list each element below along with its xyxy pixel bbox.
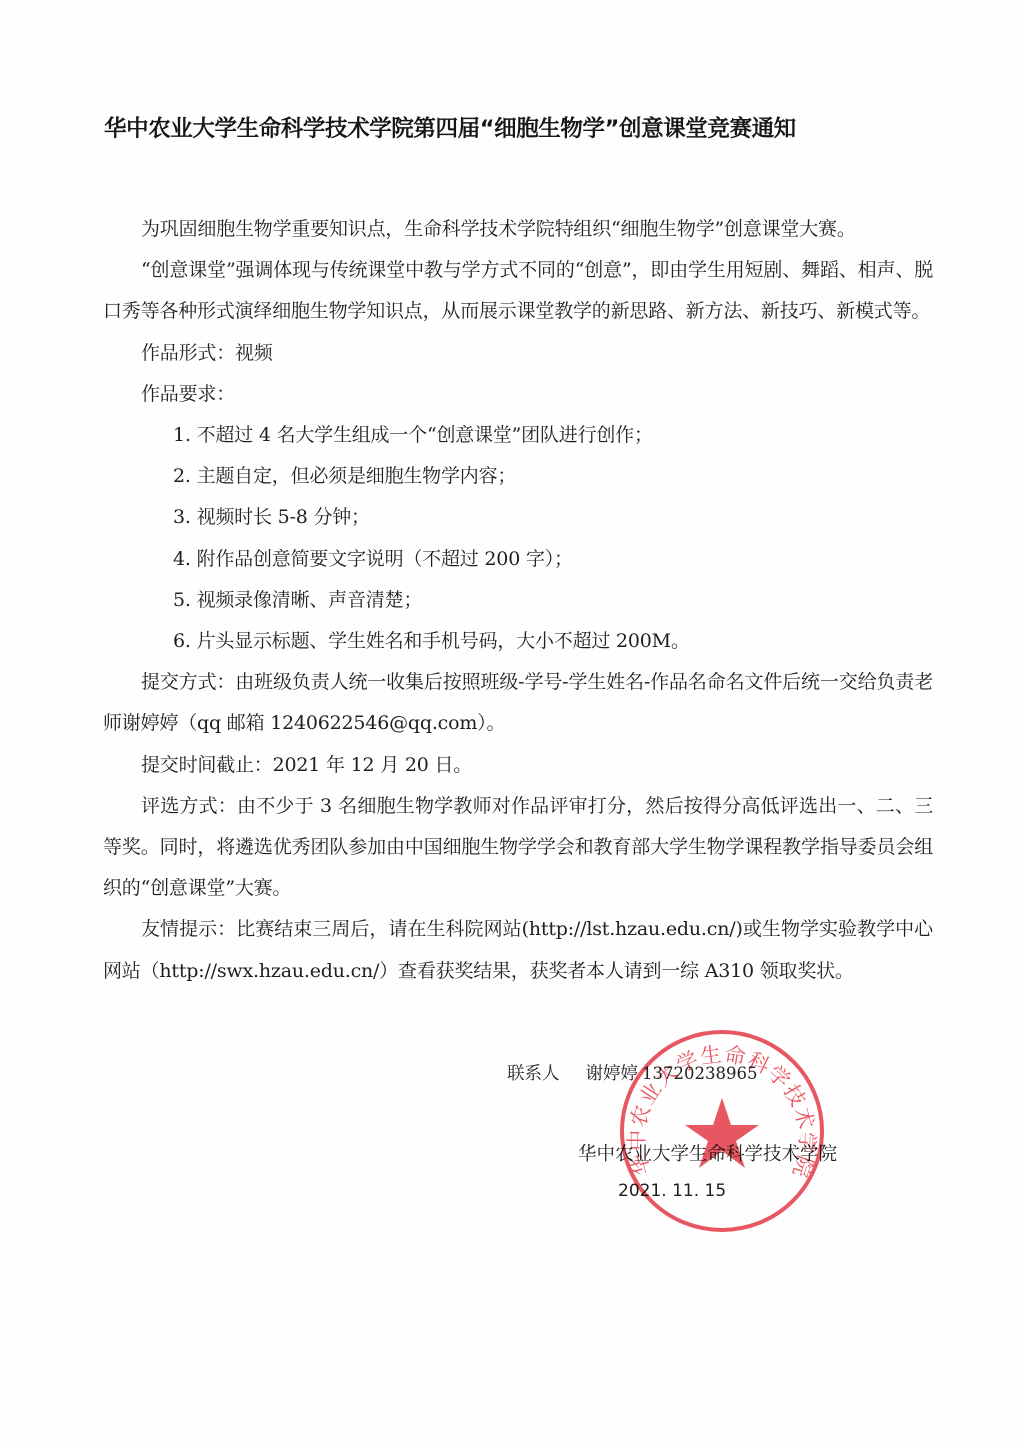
page-title: 华中农业大学生命科学技术学院第四届“细胞生物学”创意课堂竞赛通知 [104,112,944,146]
contact-label: 联系人 [507,1064,560,1084]
submission-deadline: 提交时间截止：2021 年 12 月 20 日。 [103,745,933,786]
list-number: 6. [173,621,191,662]
contact-line: 联系人谢婷婷13720238965 [507,1060,757,1085]
issue-date: 2021. 11. 15 [618,1181,726,1201]
submission-method: 提交方式：由班级负责人统一收集后按照班级-学号-学生姓名-作品名命名文件后统一交… [103,662,933,744]
list-text: 片头显示标题、学生姓名和手机号码，大小不超过 200M。 [197,630,690,652]
format-line: 作品形式：视频 [103,333,933,374]
list-text: 视频录像清晰、声音清楚； [197,589,423,611]
list-item: 2. 主题自定，但必须是细胞生物学内容； [103,456,933,497]
document-page: 华中农业大学生命科学技术学院第四届“细胞生物学”创意课堂竞赛通知 为巩固细胞生物… [0,0,1024,1447]
list-text: 视频时长 5-8 分钟； [197,506,370,528]
list-item: 6. 片头显示标题、学生姓名和手机号码，大小不超过 200M。 [103,621,933,662]
list-number: 4. [173,539,191,580]
list-text: 附作品创意简要文字说明（不超过 200 字）； [197,548,573,570]
list-number: 2. [173,456,191,497]
intro-paragraph: 为巩固细胞生物学重要知识点，生命科学技术学院特组织“细胞生物学”创意课堂大赛。 [103,209,933,250]
contact-name: 谢婷婷 [586,1064,639,1084]
requirements-heading: 作品要求： [103,374,933,415]
contact-phone: 13720238965 [642,1064,757,1083]
issuing-organization: 华中农业大学生命科学技术学院 [578,1140,837,1166]
list-item: 1. 不超过 4 名大学生组成一个“创意课堂”团队进行创作； [103,415,933,456]
list-text: 不超过 4 名大学生组成一个“创意课堂”团队进行创作； [197,424,653,446]
list-number: 5. [173,580,191,621]
concept-paragraph: “创意课堂”强调体现与传统课堂中教与学方式不同的“创意”，即由学生用短剧、舞蹈、… [103,250,933,332]
list-item: 3. 视频时长 5-8 分钟； [103,497,933,538]
list-number: 3. [173,497,191,538]
list-item: 5. 视频录像清晰、声音清楚； [103,580,933,621]
list-text: 主题自定，但必须是细胞生物学内容； [197,465,517,487]
official-seal: 华中农业大学生命科学技术学院 [618,1028,826,1234]
requirements-list: 1. 不超过 4 名大学生组成一个“创意课堂”团队进行创作； 2. 主题自定，但… [103,415,933,662]
list-number: 1. [173,415,191,456]
document-body: 为巩固细胞生物学重要知识点，生命科学技术学院特组织“细胞生物学”创意课堂大赛。 … [103,209,933,992]
reminder-paragraph: 友情提示：比赛结束三周后，请在生科院网站(http://lst.hzau.edu… [103,909,933,991]
evaluation-paragraph: 评选方式：由不少于 3 名细胞生物学教师对作品评审打分，然后按得分高低评选出一、… [103,786,933,910]
list-item: 4. 附作品创意简要文字说明（不超过 200 字）； [103,539,933,580]
